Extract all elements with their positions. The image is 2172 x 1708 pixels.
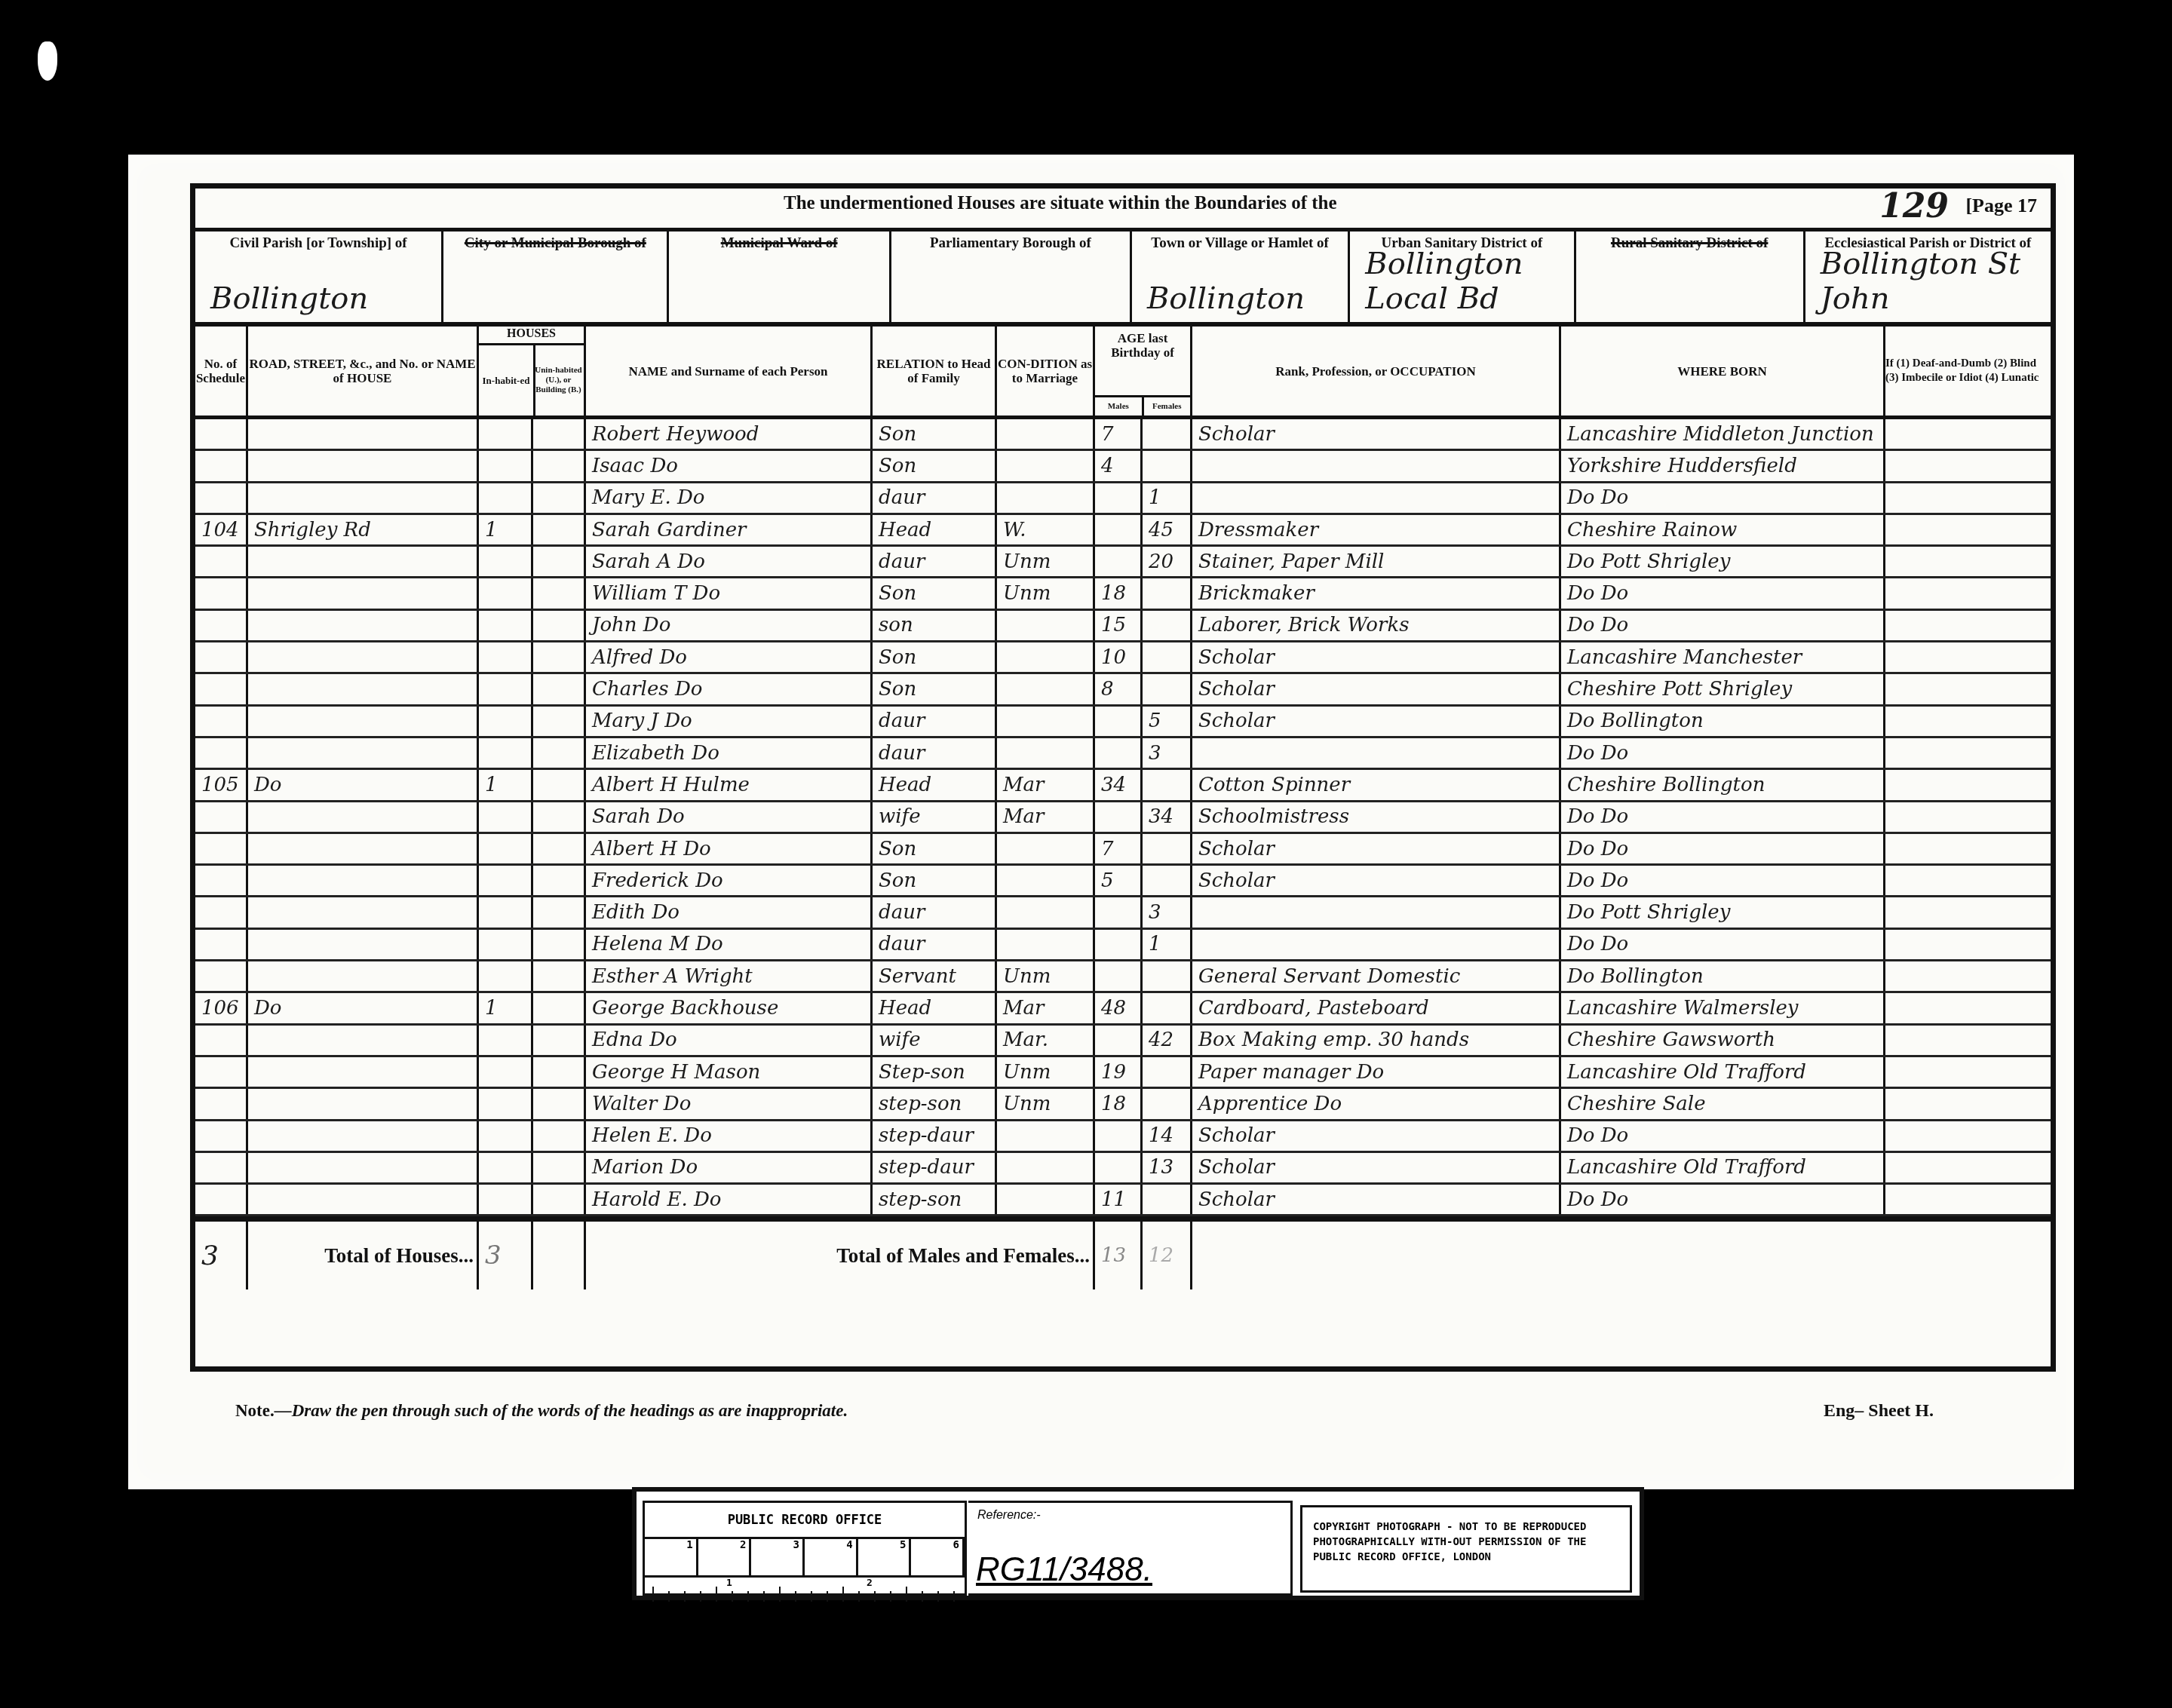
- total-houses-label: Total of Houses...: [248, 1222, 479, 1289]
- cell-m: [1095, 930, 1143, 959]
- table-body: Robert HeywoodSon7ScholarLancashire Midd…: [195, 419, 2051, 1216]
- table-row: Elizabeth Dodaur3Do Do: [195, 738, 2051, 770]
- cell-cond: [997, 707, 1095, 736]
- table-row: 105Do1Albert H HulmeHeadMar34Cotton Spin…: [195, 770, 2051, 802]
- cell-rel: Son: [873, 674, 997, 704]
- cell-f: 1: [1143, 483, 1192, 513]
- cell-schedule: 105: [195, 770, 248, 799]
- cell-occ: Scholar: [1192, 1153, 1561, 1182]
- table-row: Robert HeywoodSon7ScholarLancashire Midd…: [195, 419, 2051, 451]
- cell-infirmity: [1885, 834, 2046, 863]
- cell-road: [248, 419, 479, 449]
- ruler-tick: [906, 1587, 907, 1602]
- cell-unh: [533, 1089, 586, 1118]
- admin-cell: City or Municipal Borough of: [443, 232, 669, 322]
- table-row: Sarah A DodaurUnm20Stainer, Paper MillDo…: [195, 547, 2051, 578]
- cell-cond: Mar.: [997, 1026, 1095, 1055]
- cell-occ: Dressmaker: [1192, 515, 1561, 544]
- table-row: Harold E. Dostep-son11ScholarDo Do: [195, 1185, 2051, 1216]
- cell-cond: [997, 930, 1095, 959]
- cell-inh: [479, 674, 533, 704]
- cell-inh: [479, 578, 533, 608]
- cell-schedule: [195, 642, 248, 672]
- cell-rel: Servant: [873, 961, 997, 991]
- cell-m: 11: [1095, 1185, 1143, 1214]
- cell-schedule: [195, 1057, 248, 1087]
- cell-name: George Backhouse: [586, 993, 873, 1023]
- cell-f: 3: [1143, 738, 1192, 768]
- cell-born: Do Do: [1561, 866, 1885, 895]
- cell-name: Sarah Gardiner: [586, 515, 873, 544]
- cell-m: [1095, 1153, 1143, 1182]
- col-schedule: No. of Schedule: [195, 327, 248, 416]
- table-row: Helena M Dodaur1Do Do: [195, 930, 2051, 961]
- cell-m: 48: [1095, 993, 1143, 1023]
- cell-rel: daur: [873, 738, 997, 768]
- table-header: No. of Schedule ROAD, STREET, &c., and N…: [195, 327, 2051, 419]
- table-row: Alfred DoSon10ScholarLancashire Manchest…: [195, 642, 2051, 674]
- cell-f: [1143, 419, 1192, 449]
- cell-name: Robert Heywood: [586, 419, 873, 449]
- admin-value: Bollington: [210, 281, 368, 316]
- cell-inh: [479, 1121, 533, 1151]
- ruler-tick: [811, 1591, 812, 1602]
- cell-rel: step-daur: [873, 1153, 997, 1182]
- cell-m: [1095, 547, 1143, 576]
- table-row: Walter Dostep-sonUnm18Apprentice DoChesh…: [195, 1089, 2051, 1121]
- cell-f: [1143, 834, 1192, 863]
- cell-m: 5: [1095, 866, 1143, 895]
- cell-rel: Head: [873, 993, 997, 1023]
- cell-schedule: [195, 738, 248, 768]
- table-row: Albert H DoSon7ScholarDo Do: [195, 834, 2051, 866]
- cell-unh: [533, 961, 586, 991]
- cell-born: Do Bollington: [1561, 961, 1885, 991]
- ruler-tick: [922, 1591, 923, 1602]
- ruler-tick: [827, 1591, 828, 1602]
- cell-cond: Unm: [997, 1089, 1095, 1118]
- cell-infirmity: [1885, 674, 2046, 704]
- cell-schedule: [195, 1121, 248, 1151]
- cell-road: [248, 1089, 479, 1118]
- cell-occ: Stainer, Paper Mill: [1192, 547, 1561, 576]
- cell-born: Do Do: [1561, 1185, 1885, 1214]
- col-uninhabited: Unin-habited (U.), or Building (B.): [533, 345, 584, 416]
- col-where-born: WHERE BORN: [1561, 327, 1885, 416]
- table-row: John Doson15Laborer, Brick WorksDo Do: [195, 611, 2051, 642]
- cell-cond: [997, 897, 1095, 927]
- cell-inh: [479, 961, 533, 991]
- total-uninhabited: [533, 1222, 586, 1289]
- cell-rel: step-son: [873, 1185, 997, 1214]
- cell-unh: [533, 1026, 586, 1055]
- cell-road: Do: [248, 770, 479, 799]
- total-persons-label: Total of Males and Females...: [586, 1222, 1095, 1289]
- cell-occ: [1192, 897, 1561, 927]
- cell-name: Harold E. Do: [586, 1185, 873, 1214]
- cell-rel: daur: [873, 483, 997, 513]
- cell-schedule: [195, 897, 248, 927]
- admin-cell: Parliamentary Borough of: [891, 232, 1132, 322]
- ruler-tick: [700, 1591, 701, 1602]
- cell-rel: step-daur: [873, 1121, 997, 1151]
- cell-occ: Scholar: [1192, 1121, 1561, 1151]
- cell-f: [1143, 674, 1192, 704]
- cell-rel: wife: [873, 802, 997, 832]
- cell-inh: [479, 834, 533, 863]
- cell-schedule: [195, 802, 248, 832]
- cell-road: [248, 930, 479, 959]
- page-number: [Page 17: [1965, 195, 2037, 217]
- cell-name: Helena M Do: [586, 930, 873, 959]
- cell-occ: [1192, 930, 1561, 959]
- cell-rel: daur: [873, 930, 997, 959]
- footnote: Note.—Draw the pen through such of the w…: [235, 1401, 848, 1421]
- admin-cell: Ecclesiastical Parish or District ofBoll…: [1805, 232, 2051, 322]
- cell-road: [248, 642, 479, 672]
- cell-road: [248, 897, 479, 927]
- cell-f: [1143, 866, 1192, 895]
- cell-m: [1095, 707, 1143, 736]
- cell-cond: W.: [997, 515, 1095, 544]
- cell-road: [248, 483, 479, 513]
- cell-inh: 1: [479, 515, 533, 544]
- col-females: Females: [1144, 397, 1191, 416]
- cell-m: 10: [1095, 642, 1143, 672]
- cell-f: [1143, 578, 1192, 608]
- cell-m: 7: [1095, 419, 1143, 449]
- pro-title: PUBLIC RECORD OFFICE: [645, 1503, 965, 1539]
- cell-name: Marion Do: [586, 1153, 873, 1182]
- cell-m: 7: [1095, 834, 1143, 863]
- cell-infirmity: [1885, 611, 2046, 640]
- cell-schedule: [195, 1026, 248, 1055]
- cell-rel: daur: [873, 547, 997, 576]
- census-form: The undermentioned Houses are situate wi…: [190, 183, 2056, 1372]
- sheet-label: Eng– Sheet H.: [1824, 1401, 1934, 1421]
- cell-infirmity: [1885, 897, 2046, 927]
- note-text: —Draw the pen through such of the words …: [275, 1401, 848, 1420]
- table-row: Frederick DoSon5ScholarDo Do: [195, 866, 2051, 897]
- cell-born: Lancashire Old Trafford: [1561, 1057, 1885, 1087]
- cell-unh: [533, 770, 586, 799]
- cell-occ: Cardboard, Pasteboard: [1192, 993, 1561, 1023]
- cell-rel: wife: [873, 1026, 997, 1055]
- cell-rel: Head: [873, 770, 997, 799]
- cell-cond: [997, 451, 1095, 480]
- cell-born: Cheshire Pott Shrigley: [1561, 674, 1885, 704]
- cell-occ: Box Making emp. 30 hands: [1192, 1026, 1561, 1055]
- cell-m: 8: [1095, 674, 1143, 704]
- cell-rel: son: [873, 611, 997, 640]
- cell-f: [1143, 1089, 1192, 1118]
- cell-cond: Unm: [997, 578, 1095, 608]
- cell-occ: Paper manager Do: [1192, 1057, 1561, 1087]
- cell-inh: [479, 547, 533, 576]
- cell-road: [248, 611, 479, 640]
- note-prefix: Note.: [235, 1401, 275, 1420]
- cell-born: Do Do: [1561, 483, 1885, 513]
- cell-unh: [533, 993, 586, 1023]
- cell-name: Sarah A Do: [586, 547, 873, 576]
- cell-road: [248, 1057, 479, 1087]
- cell-inh: [479, 419, 533, 449]
- cell-cond: Mar: [997, 770, 1095, 799]
- table-row: Edith Dodaur3Do Pott Shrigley: [195, 897, 2051, 929]
- cell-m: 18: [1095, 578, 1143, 608]
- cell-rel: Head: [873, 515, 997, 544]
- cell-f: [1143, 1057, 1192, 1087]
- cell-cond: [997, 674, 1095, 704]
- cell-infirmity: [1885, 483, 2046, 513]
- cell-infirmity: [1885, 419, 2046, 449]
- cell-inh: [479, 930, 533, 959]
- cell-schedule: [195, 707, 248, 736]
- cell-infirmity: [1885, 547, 2046, 576]
- ruler-tick: [747, 1591, 749, 1602]
- table-row: Marion Dostep-daur13ScholarLancashire Ol…: [195, 1153, 2051, 1185]
- cell-infirmity: [1885, 738, 2046, 768]
- cell-f: [1143, 1185, 1192, 1214]
- cell-road: [248, 578, 479, 608]
- cell-f: [1143, 770, 1192, 799]
- cell-name: Isaac Do: [586, 451, 873, 480]
- cell-schedule: [195, 451, 248, 480]
- cell-born: Lancashire Old Trafford: [1561, 1153, 1885, 1182]
- cell-occ: Scholar: [1192, 866, 1561, 895]
- cell-unh: [533, 642, 586, 672]
- cell-occ: Scholar: [1192, 674, 1561, 704]
- table-row: Charles DoSon8ScholarCheshire Pott Shrig…: [195, 674, 2051, 706]
- title-row: The undermentioned Houses are situate wi…: [195, 189, 2051, 232]
- ruler-tick: [795, 1591, 796, 1602]
- col-road: ROAD, STREET, &c., and No. or NAME of HO…: [248, 327, 479, 416]
- cell-born: Do Bollington: [1561, 707, 1885, 736]
- cell-m: 15: [1095, 611, 1143, 640]
- table-row: Esther A WrightServantUnmGeneral Servant…: [195, 961, 2051, 993]
- cell-cond: [997, 642, 1095, 672]
- cell-born: Lancashire Manchester: [1561, 642, 1885, 672]
- cell-born: Lancashire Walmersley: [1561, 993, 1885, 1023]
- cell-m: [1095, 1026, 1143, 1055]
- cell-f: [1143, 961, 1192, 991]
- ruler-tick: [763, 1591, 765, 1602]
- cell-inh: [479, 642, 533, 672]
- admin-cell: Urban Sanitary District ofBollington Loc…: [1350, 232, 1575, 322]
- admin-label: Parliamentary Borough of: [891, 236, 1130, 251]
- cell-m: [1095, 483, 1143, 513]
- cell-schedule: [195, 834, 248, 863]
- cell-unh: [533, 930, 586, 959]
- ruler-mark: 6: [911, 1539, 965, 1575]
- public-record-office-stamp: PUBLIC RECORD OFFICE 123456 12 Reference…: [632, 1487, 1644, 1600]
- pro-ruler-block: PUBLIC RECORD OFFICE 123456 12: [643, 1501, 967, 1596]
- ruler-tick: [842, 1587, 844, 1602]
- cell-f: [1143, 993, 1192, 1023]
- cell-occ: General Servant Domestic: [1192, 961, 1561, 991]
- cell-road: [248, 1153, 479, 1182]
- cell-occ: [1192, 738, 1561, 768]
- cell-road: [248, 738, 479, 768]
- cell-name: Alfred Do: [586, 642, 873, 672]
- cell-schedule: [195, 961, 248, 991]
- cell-f: [1143, 642, 1192, 672]
- cell-born: Lancashire Middleton Junction: [1561, 419, 1885, 449]
- cell-name: Albert H Do: [586, 834, 873, 863]
- cell-f: 34: [1143, 802, 1192, 832]
- ruler-tick: [937, 1591, 939, 1602]
- cell-unh: [533, 515, 586, 544]
- cell-rel: daur: [873, 897, 997, 927]
- admin-label: Rural Sanitary District of: [1576, 236, 1803, 251]
- cell-name: Helen E. Do: [586, 1121, 873, 1151]
- total-males: 13: [1095, 1222, 1143, 1289]
- cell-born: Do Do: [1561, 738, 1885, 768]
- ruler-tick: [716, 1587, 717, 1602]
- cell-name: Frederick Do: [586, 866, 873, 895]
- cell-infirmity: [1885, 707, 2046, 736]
- cell-road: [248, 961, 479, 991]
- cell-name: Sarah Do: [586, 802, 873, 832]
- cell-unh: [533, 897, 586, 927]
- cell-name: William T Do: [586, 578, 873, 608]
- cell-inh: [479, 611, 533, 640]
- cell-f: 1: [1143, 930, 1192, 959]
- cell-name: Elizabeth Do: [586, 738, 873, 768]
- cell-unh: [533, 1057, 586, 1087]
- ruler-tick: [668, 1591, 670, 1602]
- table-row: George H MasonStep-sonUnm19Paper manager…: [195, 1057, 2051, 1089]
- cell-m: [1095, 802, 1143, 832]
- ruler-tick: [858, 1591, 860, 1602]
- cell-schedule: [195, 611, 248, 640]
- cell-occ: Apprentice Do: [1192, 1089, 1561, 1118]
- cell-cond: [997, 483, 1095, 513]
- cell-unh: [533, 1121, 586, 1151]
- cell-infirmity: [1885, 642, 2046, 672]
- cell-schedule: [195, 419, 248, 449]
- cell-f: 20: [1143, 547, 1192, 576]
- cell-cond: [997, 419, 1095, 449]
- cell-occ: Schoolmistress: [1192, 802, 1561, 832]
- cell-cond: [997, 866, 1095, 895]
- folio-number: 129: [1879, 187, 1949, 225]
- cell-f: 3: [1143, 897, 1192, 927]
- cell-unh: [533, 419, 586, 449]
- cell-name: Esther A Wright: [586, 961, 873, 991]
- admin-cell: Rural Sanitary District of: [1576, 232, 1805, 322]
- cell-schedule: [195, 1089, 248, 1118]
- cell-m: [1095, 961, 1143, 991]
- reference-box: Reference:- RG11/3488.: [968, 1501, 1293, 1596]
- table-row: Mary J Dodaur5ScholarDo Bollington: [195, 707, 2051, 738]
- cell-cond: [997, 834, 1095, 863]
- cell-name: John Do: [586, 611, 873, 640]
- cell-born: Do Pott Shrigley: [1561, 547, 1885, 576]
- cell-occ: Scholar: [1192, 1185, 1561, 1214]
- cell-infirmity: [1885, 1121, 2046, 1151]
- col-condition: CON-DITION as to Marriage: [997, 327, 1095, 416]
- cell-cond: [997, 611, 1095, 640]
- ruler-mark: 3: [751, 1539, 805, 1575]
- cell-infirmity: [1885, 1153, 2046, 1182]
- cell-rel: Son: [873, 578, 997, 608]
- cell-unh: [533, 547, 586, 576]
- cell-road: [248, 1121, 479, 1151]
- cell-cond: Unm: [997, 1057, 1095, 1087]
- cell-road: [248, 834, 479, 863]
- cell-born: Do Do: [1561, 834, 1885, 863]
- cell-infirmity: [1885, 770, 2046, 799]
- cell-infirmity: [1885, 1026, 2046, 1055]
- cell-schedule: [195, 578, 248, 608]
- cell-road: [248, 802, 479, 832]
- cell-occ: [1192, 483, 1561, 513]
- cell-unh: [533, 707, 586, 736]
- ruler-mark: 4: [805, 1539, 858, 1575]
- col-houses: HOUSES In-habit-ed Unin-habited (U.), or…: [479, 327, 586, 416]
- cell-unh: [533, 483, 586, 513]
- cell-occ: Scholar: [1192, 419, 1561, 449]
- admin-cell: Civil Parish [or Township] ofBollington: [195, 232, 443, 322]
- cell-born: Cheshire Gawsworth: [1561, 1026, 1885, 1055]
- cell-unh: [533, 738, 586, 768]
- cell-m: [1095, 738, 1143, 768]
- cell-born: Do Pott Shrigley: [1561, 897, 1885, 927]
- cell-inh: [479, 1026, 533, 1055]
- cell-cond: Mar: [997, 993, 1095, 1023]
- ruler-tick: [953, 1591, 955, 1602]
- cell-road: Shrigley Rd: [248, 515, 479, 544]
- ruler-scale: 12: [645, 1578, 965, 1602]
- copyright-notice: COPYRIGHT PHOTOGRAPH - NOT TO BE REPRODU…: [1300, 1505, 1632, 1593]
- cell-unh: [533, 866, 586, 895]
- admin-cell: Town or Village or Hamlet ofBollington: [1132, 232, 1350, 322]
- cell-born: Do Do: [1561, 1121, 1885, 1151]
- cell-inh: [479, 1185, 533, 1214]
- cell-m: [1095, 515, 1143, 544]
- cell-born: Do Do: [1561, 930, 1885, 959]
- cell-rel: Son: [873, 419, 997, 449]
- cell-infirmity: [1885, 930, 2046, 959]
- cell-infirmity: [1885, 1089, 2046, 1118]
- cell-rel: Son: [873, 834, 997, 863]
- cell-unh: [533, 834, 586, 863]
- cell-name: Edith Do: [586, 897, 873, 927]
- cell-rel: daur: [873, 707, 997, 736]
- table-row: 104Shrigley Rd1Sarah GardinerHeadW.45Dre…: [195, 515, 2051, 547]
- admin-value: Bollington Local Bd: [1365, 247, 1573, 316]
- cell-born: Cheshire Sale: [1561, 1089, 1885, 1118]
- cell-schedule: [195, 1185, 248, 1214]
- cell-born: Do Do: [1561, 578, 1885, 608]
- cell-f: [1143, 451, 1192, 480]
- cell-name: Mary J Do: [586, 707, 873, 736]
- cell-rel: Step-son: [873, 1057, 997, 1087]
- ruler-tick: [652, 1587, 654, 1602]
- cell-road: [248, 1185, 479, 1214]
- cell-schedule: [195, 1153, 248, 1182]
- ruler-mark: 5: [858, 1539, 912, 1575]
- cell-infirmity: [1885, 961, 2046, 991]
- cell-born: Cheshire Bollington: [1561, 770, 1885, 799]
- cell-cond: [997, 1153, 1095, 1182]
- ruler-mark: 1: [645, 1539, 698, 1575]
- cell-m: 18: [1095, 1089, 1143, 1118]
- total-houses: 3: [479, 1222, 533, 1289]
- col-relation: RELATION to Head of Family: [873, 327, 997, 416]
- cell-road: Do: [248, 993, 479, 1023]
